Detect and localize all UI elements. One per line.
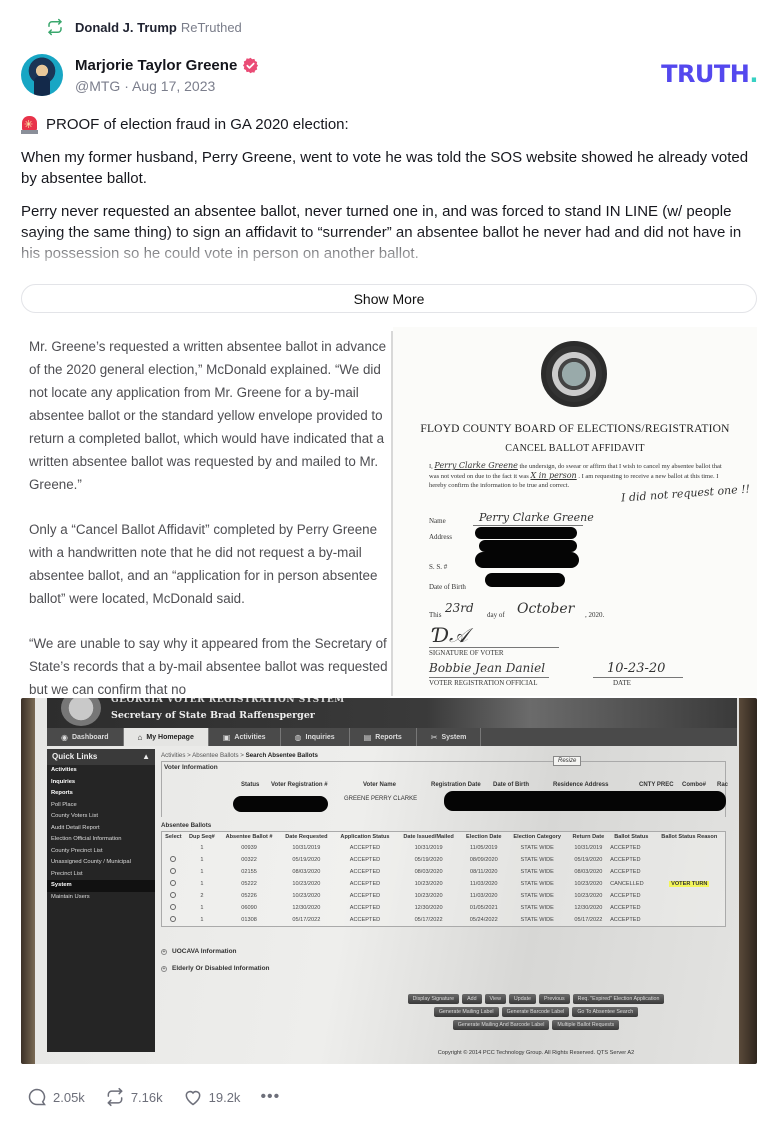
quick-link-item[interactable]: Inquiries	[47, 777, 155, 789]
system-action-button[interactable]: Generate Mailing Label	[434, 1007, 499, 1017]
table-cell: 10/31/2019	[396, 842, 460, 854]
table-cell	[654, 854, 726, 866]
system-title: GEORGIA VOTER REGISTRATION SYSTEM	[111, 698, 345, 705]
post-paragraph: PROOF of election fraud in GA 2020 elect…	[46, 114, 349, 135]
year-text: , 2020.	[585, 611, 604, 619]
quick-link-item[interactable]: County Precinct List	[47, 846, 155, 858]
column-header: Election Category	[507, 832, 568, 843]
table-cell: ACCEPTED	[334, 866, 397, 878]
affidavit-subtitle: CANCEL BALLOT AFFIDAVIT	[393, 443, 757, 454]
table-cell: 05/24/2022	[461, 914, 507, 926]
ssn-label: S. S. #	[429, 563, 447, 571]
truth-logo: TRUTH.	[661, 60, 758, 88]
row-select-radio[interactable]	[162, 914, 185, 926]
column-header: Select	[162, 832, 185, 843]
table-cell: 05/19/2020	[279, 854, 333, 866]
quick-link-item[interactable]: Poll Place	[47, 800, 155, 812]
table-row: 10093910/31/2019ACCEPTED10/31/201911/05/…	[162, 842, 726, 854]
more-options-icon[interactable]: •••	[260, 1088, 280, 1106]
redaction	[475, 552, 579, 568]
column-header: Date Requested	[279, 832, 333, 843]
reply-count: 2.05k	[53, 1090, 85, 1105]
georgia-seal-icon	[61, 698, 101, 726]
system-subtitle: Secretary of State Brad Raffensperger	[111, 710, 315, 721]
system-action-button[interactable]: Generate Mailing And Barcode Label	[453, 1020, 550, 1030]
redaction	[233, 796, 328, 812]
table-cell: ACCEPTED	[334, 842, 397, 854]
avatar[interactable]	[21, 54, 63, 96]
official-label: VOTER REGISTRATION OFFICIAL	[429, 679, 538, 687]
table-cell: 05/17/2022	[568, 914, 609, 926]
signature-label: SIGNATURE OF VOTER	[429, 649, 504, 657]
quick-links-sidebar: Quick Links▲ ActivitiesInquiriesReportsP…	[47, 749, 155, 1052]
system-header: GEORGIA VOTER REGISTRATION SYSTEM Secret…	[47, 698, 737, 728]
author-handle-date: @MTG · Aug 17, 2023	[75, 78, 259, 94]
like-count: 19.2k	[209, 1090, 241, 1105]
table-cell: STATE WIDE	[507, 842, 568, 854]
tab-activities[interactable]: ▣Activities	[209, 728, 281, 746]
column-header: Election Date	[461, 832, 507, 843]
redaction	[475, 527, 577, 539]
date-label: DATE	[613, 679, 631, 687]
retruth-action: ReTruthed	[181, 20, 242, 35]
heart-icon	[183, 1087, 203, 1107]
home-icon: ⌂	[138, 733, 143, 742]
retruth-button[interactable]: 7.16k	[105, 1087, 163, 1107]
column-header: Absentee Ballot #	[219, 832, 279, 843]
table-cell: 1	[185, 902, 219, 914]
table-cell: 1	[185, 878, 219, 890]
table-cell: 01/05/2021	[461, 902, 507, 914]
voter-signature: Ɗ𝒜	[433, 623, 468, 647]
row-select-radio[interactable]	[162, 902, 185, 914]
table-cell: 05/17/2022	[396, 914, 460, 926]
system-icon: ✂	[431, 733, 438, 742]
table-cell: 10/23/2020	[568, 890, 609, 902]
reports-icon: ▤	[364, 733, 372, 742]
quick-link-item[interactable]: County Voters List	[47, 811, 155, 823]
table-cell	[654, 902, 726, 914]
quick-links-title: Quick Links	[52, 752, 97, 762]
inquiries-icon: ◍	[295, 733, 302, 742]
table-cell: 12/30/2020	[568, 902, 609, 914]
table-cell: ACCEPTED	[334, 854, 397, 866]
expand-icon: +	[161, 949, 167, 955]
show-more-button[interactable]: Show More	[21, 284, 757, 313]
table-cell: 10/23/2020	[568, 878, 609, 890]
table-cell: 2	[185, 890, 219, 902]
table-cell: ACCEPTED	[609, 890, 653, 902]
table-cell: 10/23/2020	[396, 890, 460, 902]
table-cell: 08/03/2020	[279, 866, 333, 878]
system-action-button[interactable]: View	[485, 994, 506, 1004]
table-cell: STATE WIDE	[507, 902, 568, 914]
table-cell: 08/11/2020	[461, 866, 507, 878]
table-cell: 05226	[219, 890, 279, 902]
table-cell: 05/19/2020	[396, 854, 460, 866]
table-row: 10609012/30/2020ACCEPTED12/30/202001/05/…	[162, 902, 726, 914]
system-action-button[interactable]: Generate Barcode Label	[502, 1007, 570, 1017]
column-header: Application Status	[334, 832, 397, 843]
table-cell: 11/05/2019	[461, 842, 507, 854]
date-handwritten: 10-23-20	[607, 661, 665, 676]
day-handwritten: 23rd	[445, 601, 474, 615]
this-label: This	[429, 611, 441, 619]
table-cell: STATE WIDE	[507, 914, 568, 926]
redaction	[444, 791, 726, 811]
table-cell: ACCEPTED	[609, 854, 653, 866]
table-cell: ACCEPTED	[334, 878, 397, 890]
table-cell: 12/30/2020	[396, 902, 460, 914]
table-cell: CANCELLED	[609, 878, 653, 890]
quick-link-item[interactable]: Election Official Information	[47, 834, 155, 846]
table-cell: 01308	[219, 914, 279, 926]
media-image-voter-system[interactable]: GEORGIA VOTER REGISTRATION SYSTEM Secret…	[21, 698, 757, 1064]
retruth-user[interactable]: Donald J. Trump	[75, 20, 177, 35]
table-cell: 10/31/2019	[568, 842, 609, 854]
article-excerpt: Mr. Greene’s requested a written absente…	[21, 327, 393, 696]
affidavit-title: FLOYD COUNTY BOARD OF ELECTIONS/REGISTRA…	[393, 423, 757, 435]
table-row: 10130805/17/2022ACCEPTED05/17/202205/24/…	[162, 914, 726, 926]
expand-icon: +	[161, 966, 167, 972]
tab-dashboard[interactable]: ◉Dashboard	[47, 728, 124, 746]
retruth-banner: Donald J. Trump ReTruthed	[46, 18, 242, 36]
table-cell: 10/31/2019	[279, 842, 333, 854]
table-cell	[654, 914, 726, 926]
system-action-button[interactable]: Multiple Ballot Requests	[552, 1020, 619, 1030]
dashboard-icon: ◉	[61, 733, 68, 742]
expander-uocava[interactable]: +UOCAVA Information	[161, 948, 237, 955]
table-cell	[654, 866, 726, 878]
address-label: Address	[429, 533, 452, 541]
quick-link-item[interactable]: Maintain Users	[47, 892, 155, 904]
floyd-county-seal-icon	[541, 341, 607, 407]
table-cell: ACCEPTED	[334, 902, 397, 914]
column-header: Ballot Status	[609, 832, 653, 843]
post-paragraph: Perry never requested an absentee ballot…	[21, 201, 761, 264]
absentee-ballots-table: SelectDup Seq#Absentee Ballot #Date Requ…	[161, 831, 726, 927]
table-cell: ACCEPTED	[609, 914, 653, 926]
table-cell: 1	[185, 854, 219, 866]
table-cell: 02155	[219, 866, 279, 878]
system-nav: ◉Dashboard ⌂My Homepage ▣Activities ◍Inq…	[47, 728, 737, 746]
system-action-button[interactable]: Display Signature	[408, 994, 460, 1004]
expander-elderly-disabled[interactable]: +Elderly Or Disabled Information	[161, 965, 270, 972]
dob-label: Date of Birth	[429, 583, 466, 591]
voter-name-value: GREENE PERRY CLARKE	[344, 796, 417, 802]
absentee-ballots-title: Absentee Ballots	[161, 822, 211, 829]
table-cell: 00939	[219, 842, 279, 854]
table-cell: 08/09/2020	[461, 854, 507, 866]
table-cell: 1	[185, 866, 219, 878]
like-button[interactable]: 19.2k	[183, 1087, 241, 1107]
retruth-count: 7.16k	[131, 1090, 163, 1105]
table-cell: 11/03/2020	[461, 890, 507, 902]
row-select-radio[interactable]	[162, 878, 185, 890]
column-header: Ballot Status Reason	[654, 832, 726, 843]
retruth-icon	[46, 18, 64, 36]
table-cell: 10/23/2020	[279, 878, 333, 890]
cancel-ballot-affidavit: FLOYD COUNTY BOARD OF ELECTIONS/REGISTRA…	[393, 327, 757, 696]
table-cell: 08/03/2020	[396, 866, 460, 878]
table-cell: 1	[185, 842, 219, 854]
table-cell: 12/30/2020	[279, 902, 333, 914]
breadcrumb: Activities > Absentee Ballots > Search A…	[161, 752, 318, 759]
table-cell: 06090	[219, 902, 279, 914]
quick-link-item[interactable]: Activities	[47, 765, 155, 777]
row-select-radio[interactable]	[162, 842, 185, 854]
table-row: 20522610/23/2020ACCEPTED10/23/202011/03/…	[162, 890, 726, 902]
reply-button[interactable]: 2.05k	[27, 1087, 85, 1107]
retruth-icon	[105, 1087, 125, 1107]
absentee-search-panel: Activities > Absentee Ballots > Search A…	[161, 749, 736, 1054]
table-cell: STATE WIDE	[507, 878, 568, 890]
resize-button[interactable]: Resize	[553, 756, 581, 766]
official-signature: Bobbie Jean Daniel	[429, 661, 545, 675]
column-header: Return Date	[568, 832, 609, 843]
system-copyright: Copyright © 2014 PCC Technology Group. A…	[351, 1050, 721, 1056]
table-cell: 11/03/2020	[461, 878, 507, 890]
tab-reports[interactable]: ▤Reports	[350, 728, 417, 746]
column-header: Dup Seq#	[185, 832, 219, 843]
tab-my-homepage[interactable]: ⌂My Homepage	[124, 728, 209, 746]
article-paragraph: Mr. Greene’s requested a written absente…	[29, 335, 393, 496]
column-header: Date Issued/Mailed	[396, 832, 460, 843]
collapse-icon[interactable]: ▲	[142, 752, 150, 762]
day-of-label: day of	[487, 611, 505, 619]
month-handwritten: October	[517, 601, 574, 617]
table-row: 10522210/23/2020ACCEPTED10/23/202011/03/…	[162, 878, 726, 890]
table-cell: STATE WIDE	[507, 890, 568, 902]
table-cell: 00322	[219, 854, 279, 866]
quick-link-item[interactable]: Audit Detail Report	[47, 823, 155, 835]
table-cell: 10/23/2020	[396, 878, 460, 890]
table-cell: ACCEPTED	[334, 914, 397, 926]
redaction	[479, 540, 577, 552]
affidavit-statement: I, Perry Clarke Greene the undersign, do…	[429, 461, 729, 490]
police-light-siren-icon	[21, 116, 38, 134]
table-cell: 05222	[219, 878, 279, 890]
table-row: 10032205/19/2020ACCEPTED05/19/202008/09/…	[162, 854, 726, 866]
article-paragraph: “We are unable to say why it appeared fr…	[29, 632, 393, 701]
quick-link-item[interactable]: Unassigned County / Municipal	[47, 857, 155, 869]
tab-inquiries[interactable]: ◍Inquiries	[281, 728, 350, 746]
table-cell: 05/17/2022	[279, 914, 333, 926]
post-author: Marjorie Taylor Greene @MTG · Aug 17, 20…	[21, 54, 259, 96]
table-cell: STATE WIDE	[507, 866, 568, 878]
verified-badge-icon	[242, 57, 259, 74]
table-row: 10215508/03/2020ACCEPTED08/03/202008/11/…	[162, 866, 726, 878]
table-cell: ACCEPTED	[609, 866, 653, 878]
table-cell: 05/19/2020	[568, 854, 609, 866]
system-action-button[interactable]: Previous	[539, 994, 570, 1004]
row-select-radio[interactable]	[162, 890, 185, 902]
system-action-button[interactable]: Go To Absentee Search	[572, 1007, 638, 1017]
name-handwritten: Perry Clarke Greene	[479, 511, 594, 524]
system-action-button[interactable]: Req. "Expired" Election Application	[573, 994, 665, 1004]
table-cell: STATE WIDE	[507, 854, 568, 866]
system-action-button[interactable]: Update	[509, 994, 536, 1004]
redaction	[485, 573, 565, 587]
activities-icon: ▣	[223, 733, 231, 742]
table-cell: 1	[185, 914, 219, 926]
action-buttons: Display SignatureAddViewUpdatePreviousRe…	[351, 994, 721, 1033]
media-image-article-affidavit[interactable]: Mr. Greene’s requested a written absente…	[21, 327, 757, 696]
ballot-status-reason: VOTER TURN	[654, 878, 726, 890]
table-cell: 08/03/2020	[568, 866, 609, 878]
table-cell	[654, 890, 726, 902]
post-body: PROOF of election fraud in GA 2020 elect…	[21, 114, 761, 276]
quick-link-item[interactable]: Reports	[47, 788, 155, 800]
table-cell	[654, 842, 726, 854]
reply-icon	[27, 1087, 47, 1107]
table-cell: ACCEPTED	[334, 890, 397, 902]
row-select-radio[interactable]	[162, 854, 185, 866]
tab-system[interactable]: ✂System	[417, 728, 482, 746]
name-label: Name	[429, 517, 446, 525]
table-cell: ACCEPTED	[609, 842, 653, 854]
quick-link-item[interactable]: System	[47, 880, 155, 892]
voter-info-title: Voter Information	[164, 764, 218, 771]
post-actions: 2.05k 7.16k 19.2k •••	[27, 1087, 280, 1107]
table-cell: ACCEPTED	[609, 902, 653, 914]
table-cell: 10/23/2020	[279, 890, 333, 902]
post-paragraph: When my former husband, Perry Greene, we…	[21, 147, 761, 189]
author-name[interactable]: Marjorie Taylor Greene	[75, 57, 237, 74]
row-select-radio[interactable]	[162, 866, 185, 878]
system-action-button[interactable]: Add	[462, 994, 481, 1004]
quick-link-item[interactable]: Precinct List	[47, 869, 155, 881]
article-paragraph: Only a “Cancel Ballot Affidavit” complet…	[29, 518, 393, 610]
